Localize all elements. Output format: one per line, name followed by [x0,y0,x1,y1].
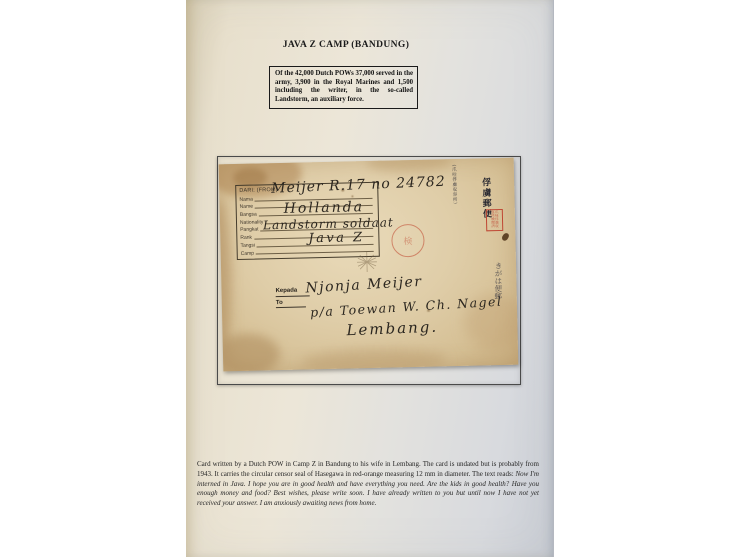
exhibit-caption: Card written by a Dutch POW in Camp Z in… [197,460,539,509]
intro-text-box: Of the 42,000 Dutch POWs 37,000 served i… [269,66,418,109]
japanese-handwritten-postcard-text: きがは便郵 [494,262,502,300]
handwriting-address-line3: Lembang. [346,318,438,340]
stain-bottom-center [301,347,447,371]
page-title: JAVA Z CAMP (BANDUNG) [186,40,506,50]
stain-left-edge [219,198,233,348]
hasegawa-circular-censor-seal: 検 [391,224,425,258]
handwriting-camp: Java Z [308,230,365,246]
caption-normal-text: Card written by a Dutch POW in Camp Z in… [197,460,539,478]
to-label: To [276,299,306,308]
album-page: JAVA Z CAMP (BANDUNG) Of the 42,000 Dutc… [186,0,554,557]
handwriting-rank: Landstorm soldaat [263,215,394,232]
dark-ink-speck [501,232,510,242]
photo-of-album-page: JAVA Z CAMP (BANDUNG) Of the 42,000 Dutc… [0,0,740,557]
handwriting-nationality: Hollanda [284,199,365,217]
japanese-camp-annotation: （爪哇俘虜収容所） [452,162,458,207]
postcard: DARI: (FROM) Nama Name Bangsa Nationalit… [219,158,519,372]
handwriting-address-line1: Njonja Meijer [305,274,423,297]
stain-top-center [366,158,451,173]
red-censor-box-stamp: 爪哇俘虜収容所検閲済 [486,209,503,231]
kepada-label: Kepada [276,287,310,296]
postcard-frame: DARI: (FROM) Nama Name Bangsa Nationalit… [217,156,521,385]
sender-form-row: Camp [241,246,376,257]
starburst-crease-mark [357,252,377,272]
stain-bottom-left [219,333,281,371]
